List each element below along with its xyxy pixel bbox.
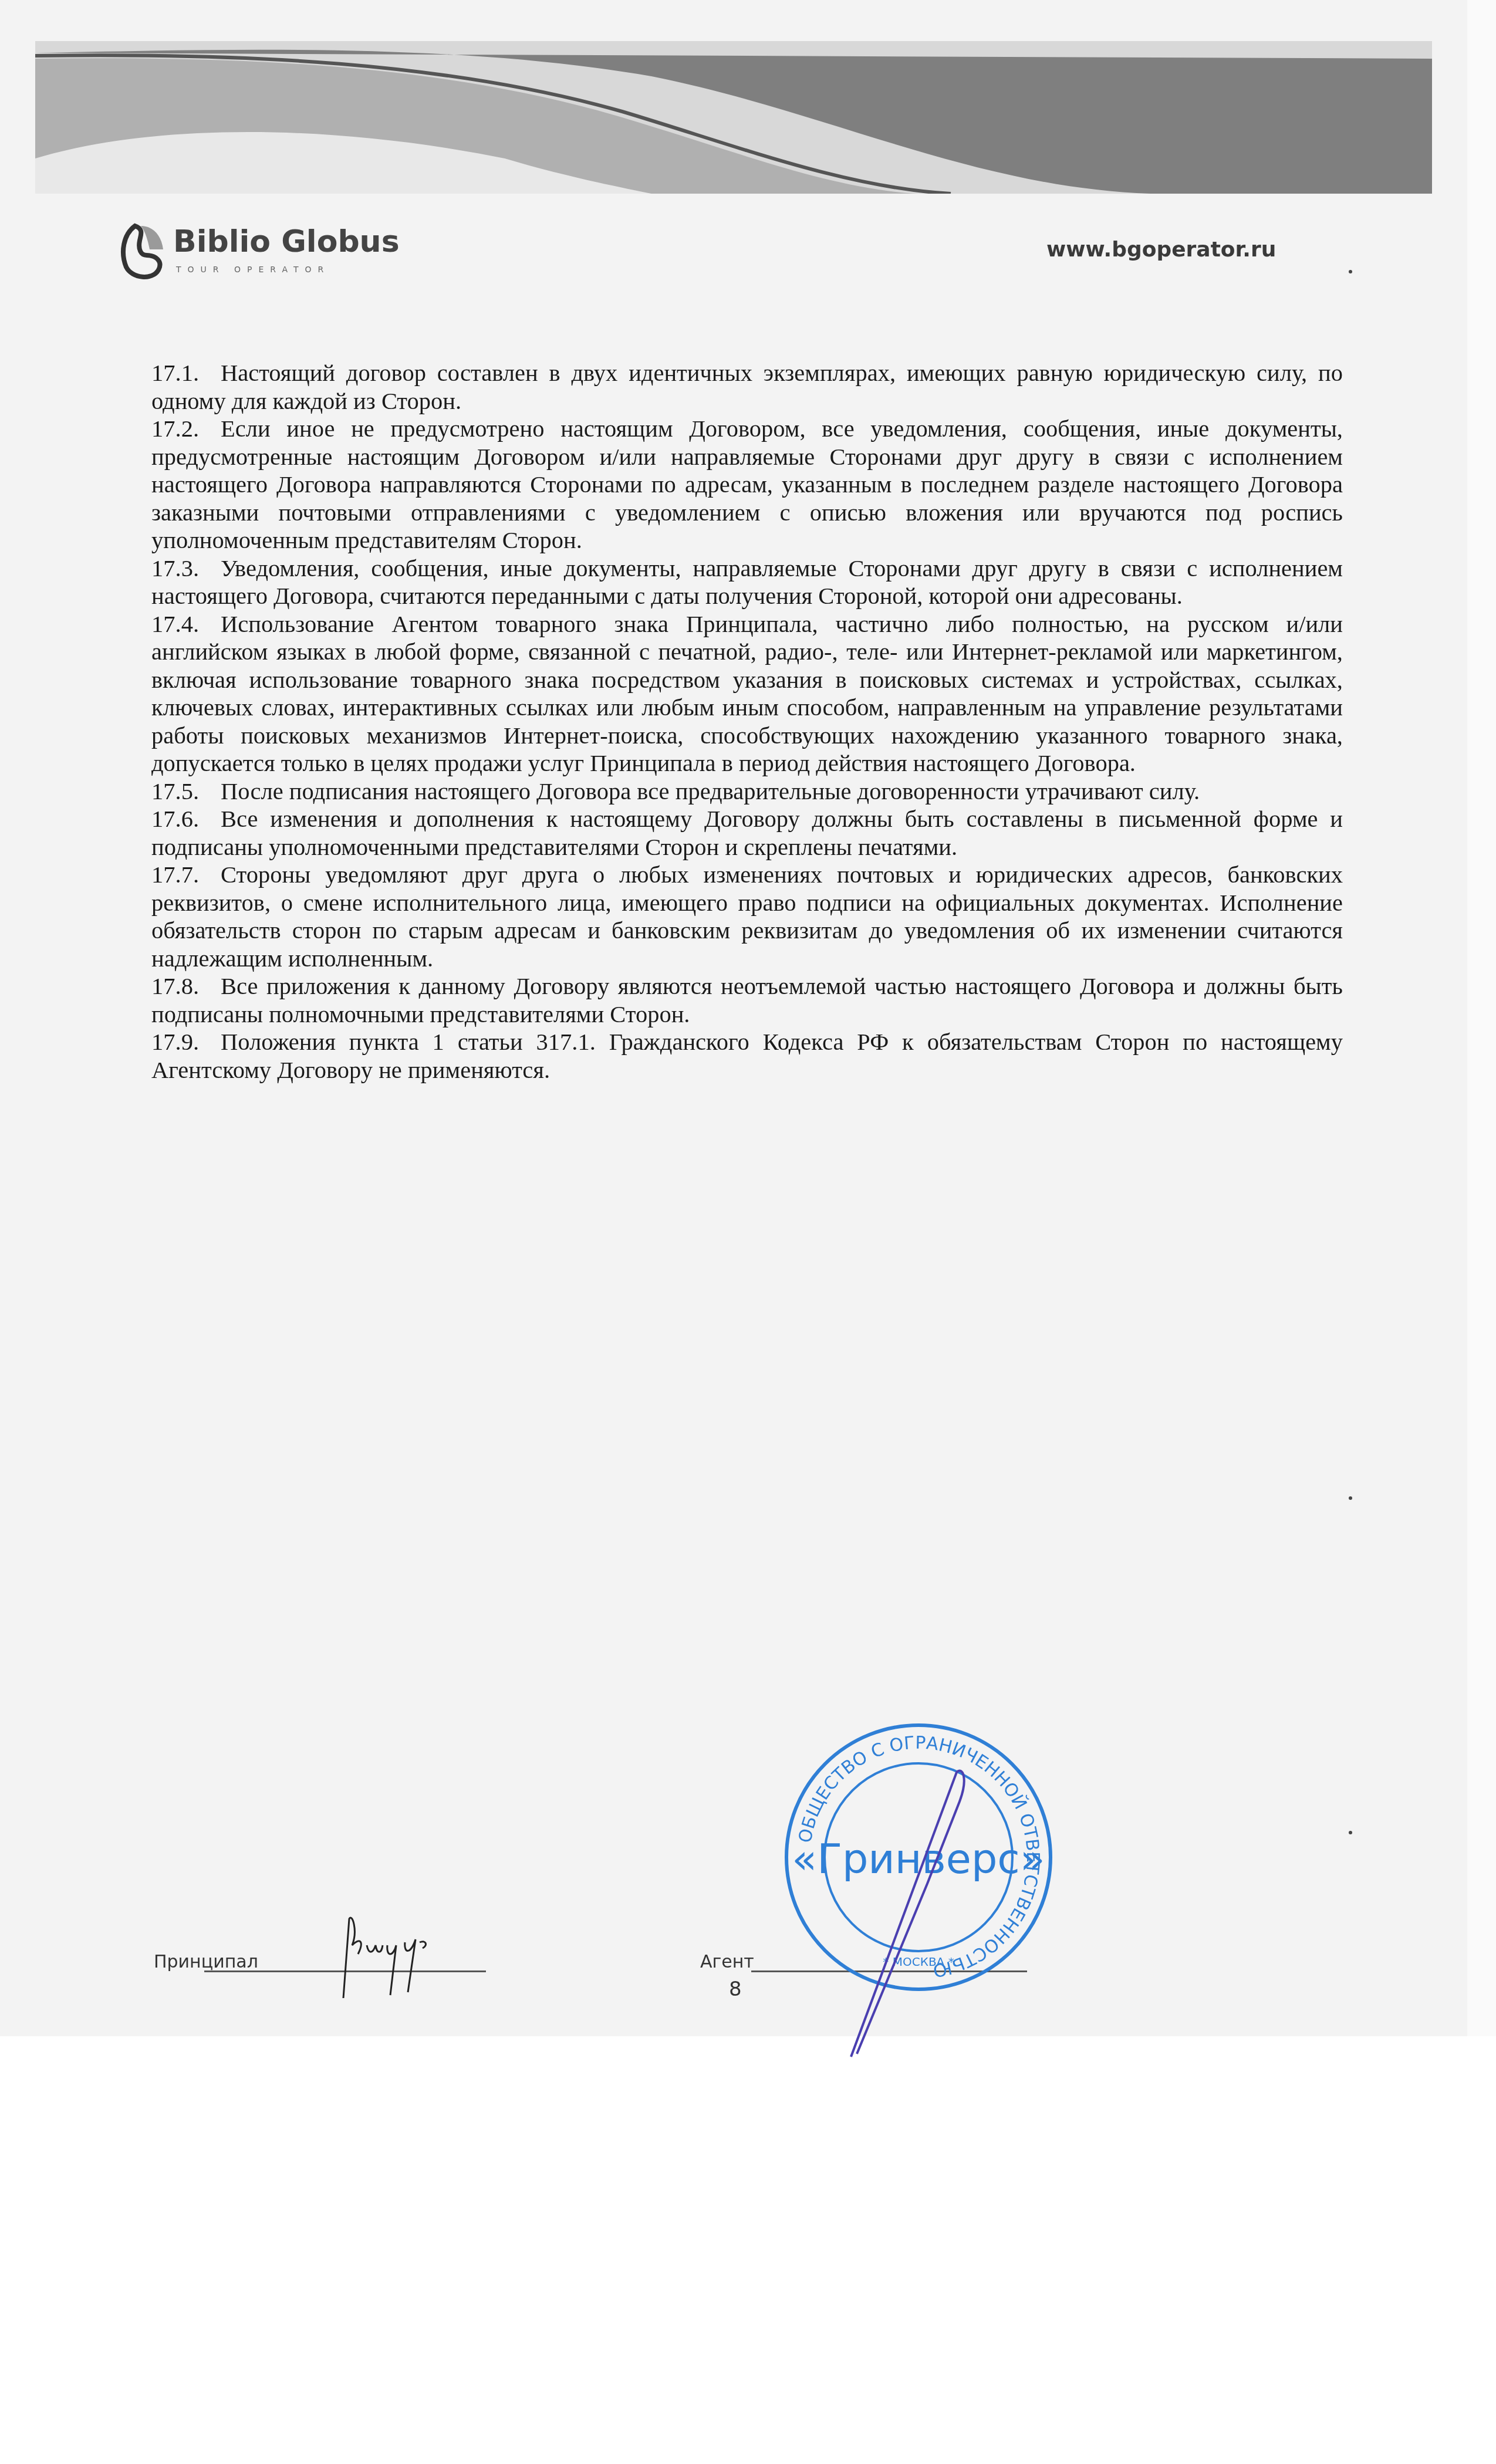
clause-text: Использование Агентом товарного знака Пр…	[151, 611, 1343, 777]
clause-number: 17.8.	[151, 972, 221, 1001]
clause-text: Все изменения и дополнения к настоящему …	[151, 806, 1343, 860]
company-logo: Biblio Globus TOUR OPERATOR	[117, 211, 446, 282]
clause-text: Уведомления, сообщения, иные документы, …	[151, 555, 1343, 610]
clause: 17.9.Положения пункта 1 статьи 317.1. Гр…	[151, 1028, 1343, 1084]
clause-text: Если иное не предусмотрено настоящим Дог…	[151, 415, 1343, 553]
clause-text: Настоящий договор составлен в двух идент…	[151, 360, 1343, 414]
contract-clauses: 17.1.Настоящий договор составлен в двух …	[151, 359, 1343, 1084]
clause-text: Все приложения к данному Договору являют…	[151, 973, 1343, 1027]
clause-number: 17.3.	[151, 555, 221, 583]
scan-speck	[1349, 1496, 1352, 1500]
clause-number: 17.5.	[151, 778, 221, 806]
page-number: 8	[729, 1978, 742, 2001]
scan-speck	[1349, 270, 1352, 273]
clause-text: После подписания настоящего Договора все…	[221, 778, 1200, 805]
clause: 17.2.Если иное не предусмотрено настоящи…	[151, 415, 1343, 555]
clause-number: 17.6.	[151, 805, 221, 833]
agent-signature-icon	[839, 1766, 974, 2060]
logo-subtitle: TOUR OPERATOR	[176, 265, 330, 275]
agent-label: Агент	[700, 1952, 754, 1972]
clause: 17.3.Уведомления, сообщения, иные докуме…	[151, 555, 1343, 610]
clause-number: 17.7.	[151, 861, 221, 889]
clause: 17.1.Настоящий договор составлен в двух …	[151, 359, 1343, 415]
clause: 17.7.Стороны уведомляют друг друга о люб…	[151, 861, 1343, 972]
clause: 17.6.Все изменения и дополнения к настоя…	[151, 805, 1343, 861]
clause-number: 17.2.	[151, 415, 221, 443]
header-banner	[35, 41, 1432, 194]
clause: 17.8.Все приложения к данному Договору я…	[151, 972, 1343, 1028]
scan-speck	[1349, 1831, 1352, 1834]
clause-number: 17.9.	[151, 1028, 221, 1056]
principal-signature-icon	[317, 1913, 464, 2001]
banner-wave-graphic	[35, 41, 1432, 194]
signature-block: Принципал Агент 8	[0, 1936, 1496, 2007]
scan-edge	[1467, 0, 1496, 2036]
clause-number: 17.4.	[151, 610, 221, 638]
clause-text: Стороны уведомляют друг друга о любых из…	[151, 861, 1343, 972]
clause-text: Положения пункта 1 статьи 317.1. Граждан…	[151, 1029, 1343, 1083]
clause: 17.5.После подписания настоящего Договор…	[151, 778, 1343, 806]
clause: 17.4.Использование Агентом товарного зна…	[151, 610, 1343, 778]
website-url: www.bgoperator.ru	[1046, 238, 1276, 262]
logo-title: Biblio Globus	[173, 224, 400, 259]
clause-number: 17.1.	[151, 359, 221, 387]
principal-label: Принципал	[154, 1952, 258, 1972]
biblio-globus-logo-icon	[117, 223, 170, 282]
